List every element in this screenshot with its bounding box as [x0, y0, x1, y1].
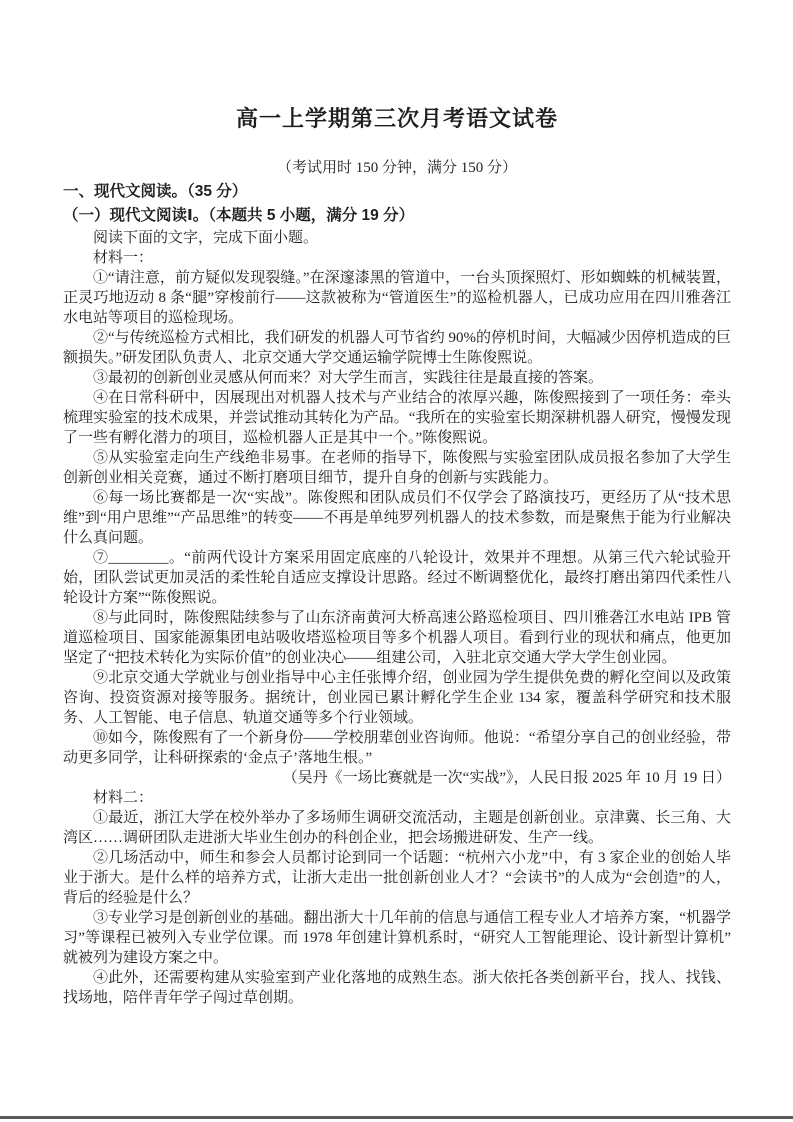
paragraph: ⑨北京交通大学就业与创业指导中心主任张博介绍，创业园为学生提供免费的孵化空间以及…	[63, 668, 731, 728]
paragraph: ①“请注意，前方疑似发现裂缝。”在深邃漆黑的管道中，一台头顶探照灯、形如蜘蛛的机…	[63, 268, 731, 328]
citation-line: （吴丹《一场比赛就是一次“实战”》，人民日报 2025 年 10 月 19 日）	[63, 768, 731, 788]
bottom-divider	[0, 1116, 793, 1119]
paragraph: ③专业学习是创新创业的基础。翻出浙大十几年前的信息与通信工程专业人才培养方案，“…	[63, 908, 731, 968]
paragraph: ⑧与此同时，陈俊熙陆续参与了山东济南黄河大桥高速公路巡检项目、四川雅砻江水电站 …	[63, 608, 731, 668]
exam-title: 高一上学期第三次月考语文试卷	[63, 104, 731, 134]
subsection-heading: （一）现代文阅读Ⅰ。（本题共 5 小题，满分 19 分）	[63, 204, 731, 228]
reading-instruction: 阅读下面的文字，完成下面小题。	[63, 228, 731, 248]
exam-subtitle: （考试用时 150 分钟，满分 150 分）	[63, 158, 731, 178]
section-heading: 一、现代文阅读。（35 分）	[63, 180, 731, 204]
paragraph: ④在日常科研中，因展现出对机器人技术与产业结合的浓厚兴趣，陈俊熙接到了一项任务：…	[63, 388, 731, 448]
material-two-label: 材料二：	[63, 788, 731, 808]
paragraph: ③最初的创新创业灵感从何而来？对大学生而言，实践往往是最直接的答案。	[63, 368, 731, 388]
paragraph: ⑤从实验室走向生产线绝非易事。在老师的指导下，陈俊熙与实验室团队成员报名参加了大…	[63, 448, 731, 488]
paragraph: ②几场活动中，师生和参会人员都讨论到同一个话题：“杭州六小龙”中，有 3 家企业…	[63, 848, 731, 908]
paragraph: ①最近，浙江大学在校外举办了多场师生调研交流活动，主题是创新创业。京津冀、长三角…	[63, 808, 731, 848]
paragraph: ⑥每一场比赛都是一次“实战”。陈俊熙和团队成员们不仅学会了路演技巧，更经历了从“…	[63, 488, 731, 548]
page-content: 高一上学期第三次月考语文试卷 （考试用时 150 分钟，满分 150 分） 一、…	[63, 104, 731, 1008]
paragraph: ⑩如今，陈俊熙有了一个新身份——学校朋辈创业咨询师。他说：“希望分享自己的创业经…	[63, 728, 731, 768]
exam-paper-page: 高一上学期第三次月考语文试卷 （考试用时 150 分钟，满分 150 分） 一、…	[0, 0, 793, 1122]
reading-passage: 阅读下面的文字，完成下面小题。 材料一： ①“请注意，前方疑似发现裂缝。”在深邃…	[63, 228, 731, 1008]
material-one-label: 材料一：	[63, 248, 731, 268]
paragraph: ④此外，还需要构建从实验室到产业化落地的成熟生态。浙大依托各类创新平台，找人、找…	[63, 968, 731, 1008]
paragraph: ②“与传统巡检方式相比，我们研发的机器人可节省约 90%的停机时间，大幅减少因停…	[63, 328, 731, 368]
paragraph: ⑦________。“前两代设计方案采用固定底座的八轮设计，效果并不理想。从第三…	[63, 548, 731, 608]
